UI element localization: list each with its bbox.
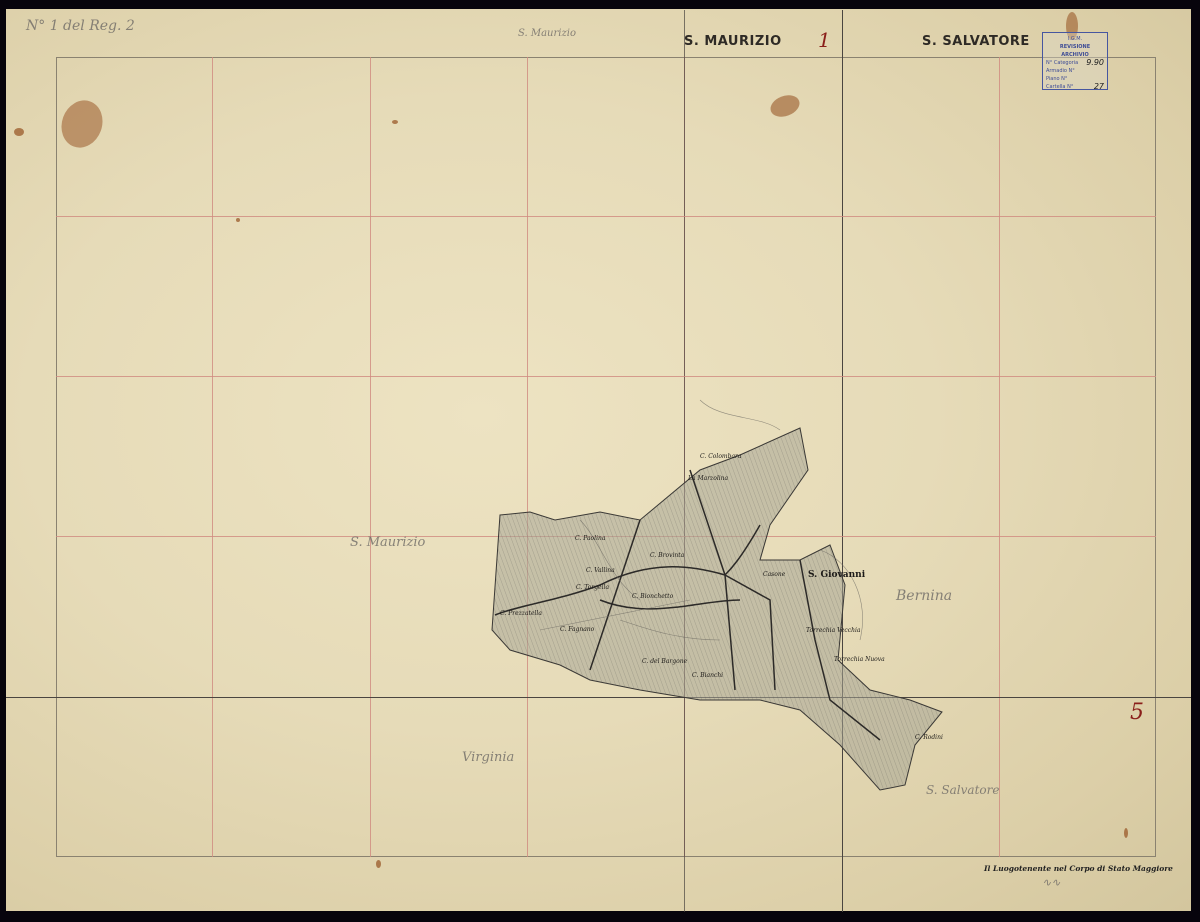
- stamp-field: Armadio N°: [1046, 67, 1104, 75]
- header-pencil-note: S. Maurizio: [518, 28, 576, 39]
- place-label: La Marzolina: [688, 475, 728, 482]
- place-label: C. Colombara: [700, 453, 741, 460]
- territory-drawing: [0, 0, 1200, 922]
- place-label: C. Vallina: [586, 567, 615, 574]
- signature: ∿∿: [1042, 876, 1060, 889]
- sheet-number: 1: [818, 28, 831, 52]
- place-label: C. del Bargone: [642, 658, 687, 665]
- stamp-subtitle: REVISIONE ARCHIVIO: [1046, 43, 1104, 59]
- corner-note: N° 1 del Reg. 2: [26, 18, 135, 34]
- pencil-annotation-south: Virginia: [462, 750, 514, 765]
- stamp-field: N° Categoria9.90: [1046, 59, 1104, 67]
- pencil-annotation-east: Bernina: [896, 588, 952, 604]
- credit-line: Il Luogotenente nel Corpo di Stato Maggi…: [984, 864, 1173, 873]
- header-right-label: S. SALVATORE: [922, 34, 1030, 49]
- place-label: C. Bionchetto: [632, 593, 673, 600]
- place-label: Torrechia Nuova: [834, 656, 885, 663]
- place-label: C. Fagnano: [560, 626, 594, 633]
- place-label: C. Brovinta: [650, 552, 684, 559]
- pencil-annotation-west: S. Maurizio: [350, 535, 425, 550]
- stamp-title: I.G.M.: [1046, 35, 1104, 43]
- place-label: Casone: [763, 571, 785, 578]
- place-label-major: S. Giovanni: [808, 570, 865, 580]
- place-label: Torrechia Vecchia: [806, 627, 860, 634]
- stamp-field: Cartella N°27: [1046, 83, 1104, 91]
- place-label: C. Rodini: [915, 734, 943, 741]
- place-label: C. Torgella: [576, 584, 609, 591]
- pencil-annotation-southeast: S. Salvatore: [926, 783, 999, 797]
- adjacent-sheet-number: 5: [1130, 700, 1144, 725]
- archive-stamp: I.G.M. REVISIONE ARCHIVIO N° Categoria9.…: [1042, 32, 1108, 90]
- place-label: C. Paolina: [575, 535, 605, 542]
- place-label: C. Bianchi: [692, 672, 723, 679]
- header-left-label: S. MAURIZIO: [684, 34, 782, 49]
- place-label: C. Prezzatella: [500, 610, 542, 617]
